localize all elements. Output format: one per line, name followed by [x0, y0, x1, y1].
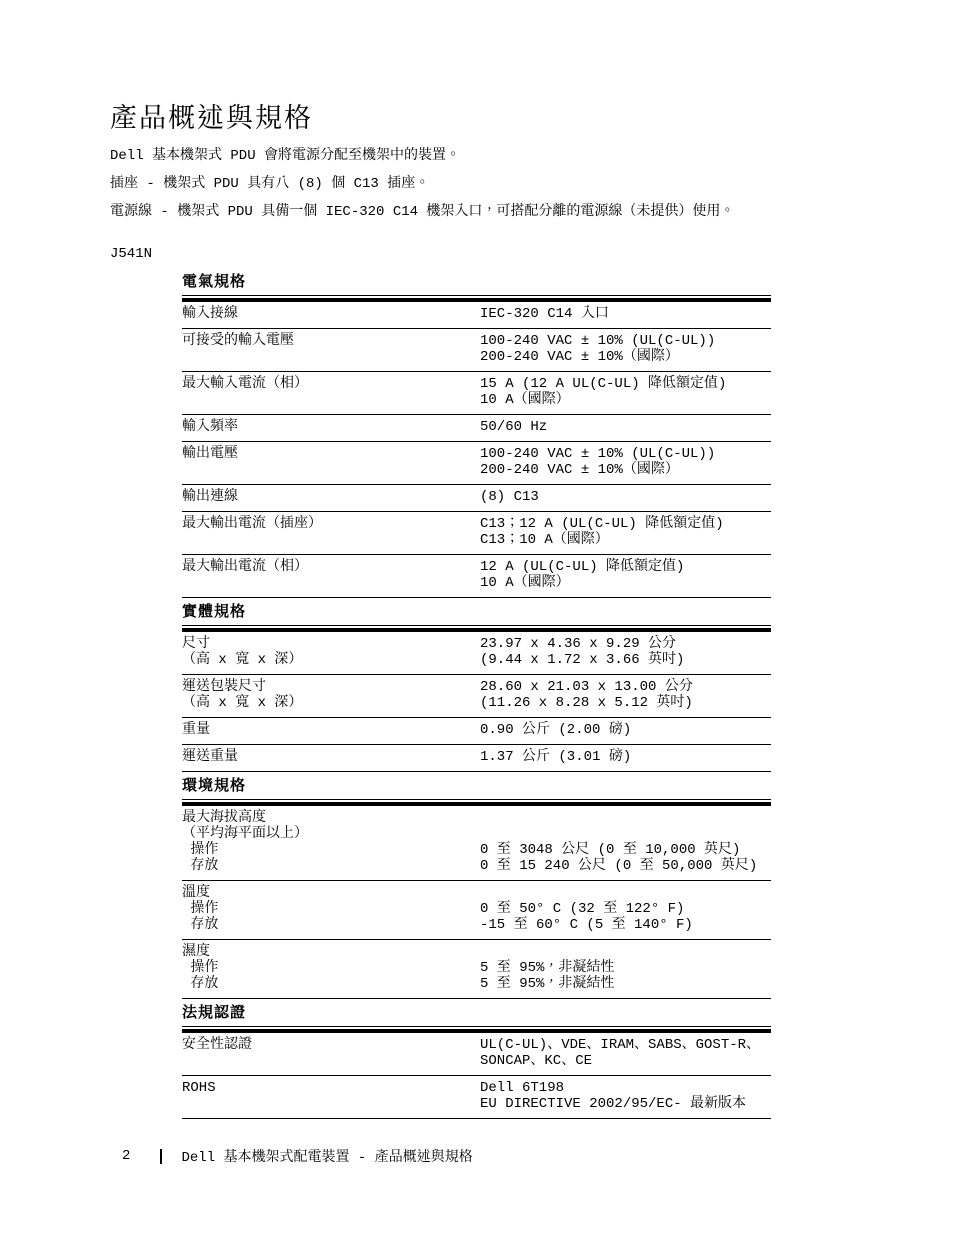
spec-line [480, 826, 771, 842]
spec-line: -15 至 60° C (5 至 140° F) [480, 917, 771, 933]
spec-line: 輸出電壓 [182, 446, 480, 462]
spec-line: 50/60 Hz [480, 419, 771, 435]
spec-line: C13；12 A (UL(C-UL) 降低額定值) [480, 516, 771, 532]
spec-line: 200-240 VAC ± 10%（國際） [480, 349, 771, 365]
spec-line: Dell 6T198 [480, 1080, 771, 1096]
spec-value-cell: 0 至 50° C (32 至 122° F)-15 至 60° C (5 至 … [480, 885, 771, 933]
spec-line: 最大輸出電流（相） [182, 559, 480, 575]
spec-row: 最大輸出電流（插座）C13；12 A (UL(C-UL) 降低額定值)C13；1… [182, 512, 771, 555]
spec-value-cell: 50/60 Hz [480, 419, 771, 435]
spec-line: 1.37 公斤 (3.01 磅) [480, 749, 771, 765]
spec-line: 0 至 50° C (32 至 122° F) [480, 901, 771, 917]
spec-value-cell: (8) C13 [480, 489, 771, 505]
spec-line: ROHS [182, 1080, 480, 1096]
spec-row: 最大輸入電流（相）15 A (12 A UL(C-UL) 降低額定值)10 A（… [182, 372, 771, 415]
spec-row: ROHSDell 6T198EU DIRECTIVE 2002/95/EC- 最… [182, 1076, 771, 1119]
spec-line: 安全性認證 [182, 1037, 480, 1053]
spec-value-cell: 1.37 公斤 (3.01 磅) [480, 749, 771, 765]
spec-line: 最大輸入電流（相） [182, 376, 480, 392]
spec-line: 5 至 95%，非凝結性 [480, 976, 771, 992]
spec-row: 可接受的輸入電壓100-240 VAC ± 10% (UL(C-UL))200-… [182, 329, 771, 372]
spec-label-cell: 輸出電壓 [182, 446, 480, 478]
spec-label-cell: ROHS [182, 1080, 480, 1112]
section-header: 環境規格 [182, 772, 771, 800]
document-page: { "document": { "title": "產品概述與規格", "int… [0, 0, 954, 1235]
spec-label-cell: 輸入接線 [182, 306, 480, 322]
spec-row: 尺寸（高 x 寬 x 深）23.97 x 4.36 x 9.29 公分(9.44… [182, 632, 771, 675]
spec-value-cell: IEC-320 C14 入口 [480, 306, 771, 322]
page-content: 產品概述與規格 Dell 基本機架式 PDU 會將電源分配至機架中的裝置。 插座… [110, 104, 860, 262]
spec-value-cell: 15 A (12 A UL(C-UL) 降低額定值)10 A（國際） [480, 376, 771, 408]
spec-label-cell: 輸出連線 [182, 489, 480, 505]
spec-line: SONCAP、KC、CE [480, 1053, 771, 1069]
spec-line: 存放 [182, 858, 480, 874]
spec-label-cell: 安全性認證 [182, 1037, 480, 1069]
spec-line: 最大輸出電流（插座） [182, 516, 480, 532]
spec-line [480, 944, 771, 960]
spec-line: 存放 [182, 917, 480, 933]
spec-line: 運送包裝尺寸 [182, 679, 480, 695]
footer-title: Dell 基本機架式配電裝置 - 產品概述與規格 [182, 1146, 473, 1166]
spec-value-cell: 100-240 VAC ± 10% (UL(C-UL))200-240 VAC … [480, 446, 771, 478]
spec-label-cell: 最大海拔高度（平均海平面以上） 操作 存放 [182, 810, 480, 874]
spec-value-cell: 23.97 x 4.36 x 9.29 公分(9.44 x 1.72 x 3.6… [480, 636, 771, 668]
spec-row: 輸出連線(8) C13 [182, 485, 771, 512]
spec-line: 0 至 3048 公尺 (0 至 10,000 英尺) [480, 842, 771, 858]
spec-row: 輸入頻率50/60 Hz [182, 415, 771, 442]
spec-line: 濕度 [182, 944, 480, 960]
spec-line: EU DIRECTIVE 2002/95/EC- 最新版本 [480, 1096, 771, 1112]
spec-line: 操作 [182, 842, 480, 858]
spec-value-cell: C13；12 A (UL(C-UL) 降低額定值)C13；10 A（國際） [480, 516, 771, 548]
spec-line: 尺寸 [182, 636, 480, 652]
spec-line: （平均海平面以上） [182, 826, 480, 842]
spec-line: IEC-320 C14 入口 [480, 306, 771, 322]
spec-line: 操作 [182, 901, 480, 917]
spec-line [480, 810, 771, 826]
spec-line: 10 A（國際） [480, 392, 771, 408]
spec-row: 運送包裝尺寸（高 x 寬 x 深）28.60 x 21.03 x 13.00 公… [182, 675, 771, 718]
spec-line: 200-240 VAC ± 10%（國際） [480, 462, 771, 478]
page-title: 產品概述與規格 [110, 104, 860, 138]
spec-line: 輸出連線 [182, 489, 480, 505]
spec-row: 溫度 操作 存放0 至 50° C (32 至 122° F)-15 至 60°… [182, 881, 771, 940]
spec-value-cell: 28.60 x 21.03 x 13.00 公分(11.26 x 8.28 x … [480, 679, 771, 711]
part-number: J541N [110, 246, 860, 262]
spec-line: 輸入頻率 [182, 419, 480, 435]
spec-value-cell: Dell 6T198EU DIRECTIVE 2002/95/EC- 最新版本 [480, 1080, 771, 1112]
spec-label-cell: 重量 [182, 722, 480, 738]
spec-line: 23.97 x 4.36 x 9.29 公分 [480, 636, 771, 652]
spec-row: 輸入接線IEC-320 C14 入口 [182, 302, 771, 329]
spec-label-cell: 溫度 操作 存放 [182, 885, 480, 933]
spec-line: 操作 [182, 960, 480, 976]
spec-line: （高 x 寬 x 深） [182, 652, 480, 668]
spec-line: UL(C-UL)、VDE、IRAM、SABS、GOST-R、 [480, 1037, 771, 1053]
spec-line: 溫度 [182, 885, 480, 901]
spec-label-cell: 尺寸（高 x 寬 x 深） [182, 636, 480, 668]
spec-line: (9.44 x 1.72 x 3.66 英吋) [480, 652, 771, 668]
spec-line: 0 至 15 240 公尺 (0 至 50,000 英尺) [480, 858, 771, 874]
spec-row: 輸出電壓100-240 VAC ± 10% (UL(C-UL))200-240 … [182, 442, 771, 485]
spec-row: 重量0.90 公斤 (2.00 磅) [182, 718, 771, 745]
spec-line: 重量 [182, 722, 480, 738]
spec-value-cell: 0 至 3048 公尺 (0 至 10,000 英尺)0 至 15 240 公尺… [480, 810, 771, 874]
spec-label-cell: 最大輸出電流（相） [182, 559, 480, 591]
spec-row: 最大海拔高度（平均海平面以上） 操作 存放0 至 3048 公尺 (0 至 10… [182, 806, 771, 881]
spec-value-cell: 12 A (UL(C-UL) 降低額定值)10 A（國際） [480, 559, 771, 591]
spec-label-cell: 濕度 操作 存放 [182, 944, 480, 992]
spec-line: (11.26 x 8.28 x 5.12 英吋) [480, 695, 771, 711]
section-header: 實體規格 [182, 598, 771, 626]
spec-line: 可接受的輸入電壓 [182, 333, 480, 349]
intro-paragraph: 電源線 - 機架式 PDU 具備一個 IEC-320 C14 機架入口，可搭配分… [110, 204, 860, 220]
section-header: 法規認證 [182, 999, 771, 1027]
spec-line: 100-240 VAC ± 10% (UL(C-UL)) [480, 446, 771, 462]
spec-line: 100-240 VAC ± 10% (UL(C-UL)) [480, 333, 771, 349]
spec-line: 12 A (UL(C-UL) 降低額定值) [480, 559, 771, 575]
spec-row: 濕度 操作 存放5 至 95%，非凝結性5 至 95%，非凝結性 [182, 940, 771, 999]
section-header: 電氣規格 [182, 268, 771, 296]
spec-value-cell: 100-240 VAC ± 10% (UL(C-UL))200-240 VAC … [480, 333, 771, 365]
spec-label-cell: 運送包裝尺寸（高 x 寬 x 深） [182, 679, 480, 711]
spec-value-cell: 5 至 95%，非凝結性5 至 95%，非凝結性 [480, 944, 771, 992]
spec-value-cell: UL(C-UL)、VDE、IRAM、SABS、GOST-R、SONCAP、KC、… [480, 1037, 771, 1069]
spec-line [480, 885, 771, 901]
spec-line: （高 x 寬 x 深） [182, 695, 480, 711]
intro-paragraph: Dell 基本機架式 PDU 會將電源分配至機架中的裝置。 [110, 148, 860, 164]
spec-label-cell: 最大輸入電流（相） [182, 376, 480, 408]
spec-label-cell: 輸入頻率 [182, 419, 480, 435]
spec-label-cell: 可接受的輸入電壓 [182, 333, 480, 365]
spec-line: 0.90 公斤 (2.00 磅) [480, 722, 771, 738]
intro-paragraph: 插座 - 機架式 PDU 具有八 (8) 個 C13 插座。 [110, 176, 860, 192]
spec-label-cell: 運送重量 [182, 749, 480, 765]
spec-line: (8) C13 [480, 489, 771, 505]
spec-line: 15 A (12 A UL(C-UL) 降低額定值) [480, 376, 771, 392]
page-number: 2 [122, 1148, 160, 1164]
page-footer: 2 Dell 基本機架式配電裝置 - 產品概述與規格 [122, 1146, 473, 1166]
spec-line: 5 至 95%，非凝結性 [480, 960, 771, 976]
spec-line: 最大海拔高度 [182, 810, 480, 826]
spec-table: 電氣規格輸入接線IEC-320 C14 入口可接受的輸入電壓100-240 VA… [182, 268, 771, 1119]
footer-separator [160, 1149, 162, 1164]
spec-line: 10 A（國際） [480, 575, 771, 591]
spec-row: 安全性認證UL(C-UL)、VDE、IRAM、SABS、GOST-R、SONCA… [182, 1033, 771, 1076]
spec-row: 最大輸出電流（相）12 A (UL(C-UL) 降低額定值)10 A（國際） [182, 555, 771, 598]
spec-line: 輸入接線 [182, 306, 480, 322]
spec-line: C13；10 A（國際） [480, 532, 771, 548]
spec-row: 運送重量1.37 公斤 (3.01 磅) [182, 745, 771, 772]
spec-label-cell: 最大輸出電流（插座） [182, 516, 480, 548]
spec-line: 28.60 x 21.03 x 13.00 公分 [480, 679, 771, 695]
spec-line: 運送重量 [182, 749, 480, 765]
spec-value-cell: 0.90 公斤 (2.00 磅) [480, 722, 771, 738]
spec-line: 存放 [182, 976, 480, 992]
